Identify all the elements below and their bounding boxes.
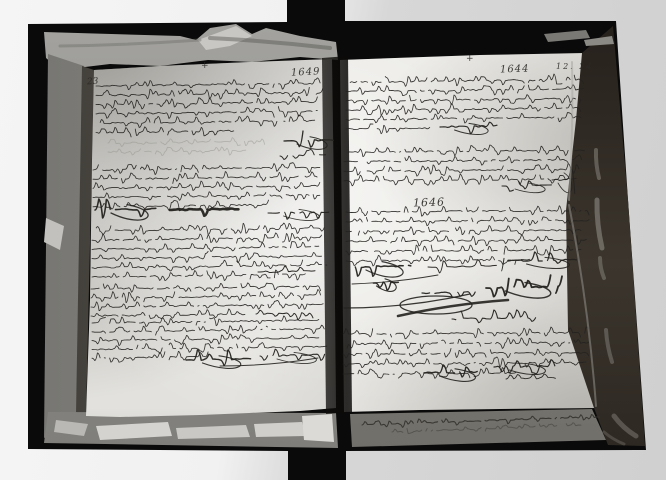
left-folio-number: 23 — [87, 77, 99, 88]
right-cross-mark: + — [466, 54, 474, 64]
right-year-heading: 1644 — [500, 63, 530, 75]
left-year-heading: 1649 — [291, 66, 321, 79]
right-folio-annotation: 12. 24 — [556, 62, 593, 71]
left-cross-mark: + — [201, 61, 209, 71]
right-section-year-heading: 1646 — [413, 195, 445, 209]
register-scan: 23 1649 + 1644 12. 24 + 1646 — [0, 0, 666, 480]
